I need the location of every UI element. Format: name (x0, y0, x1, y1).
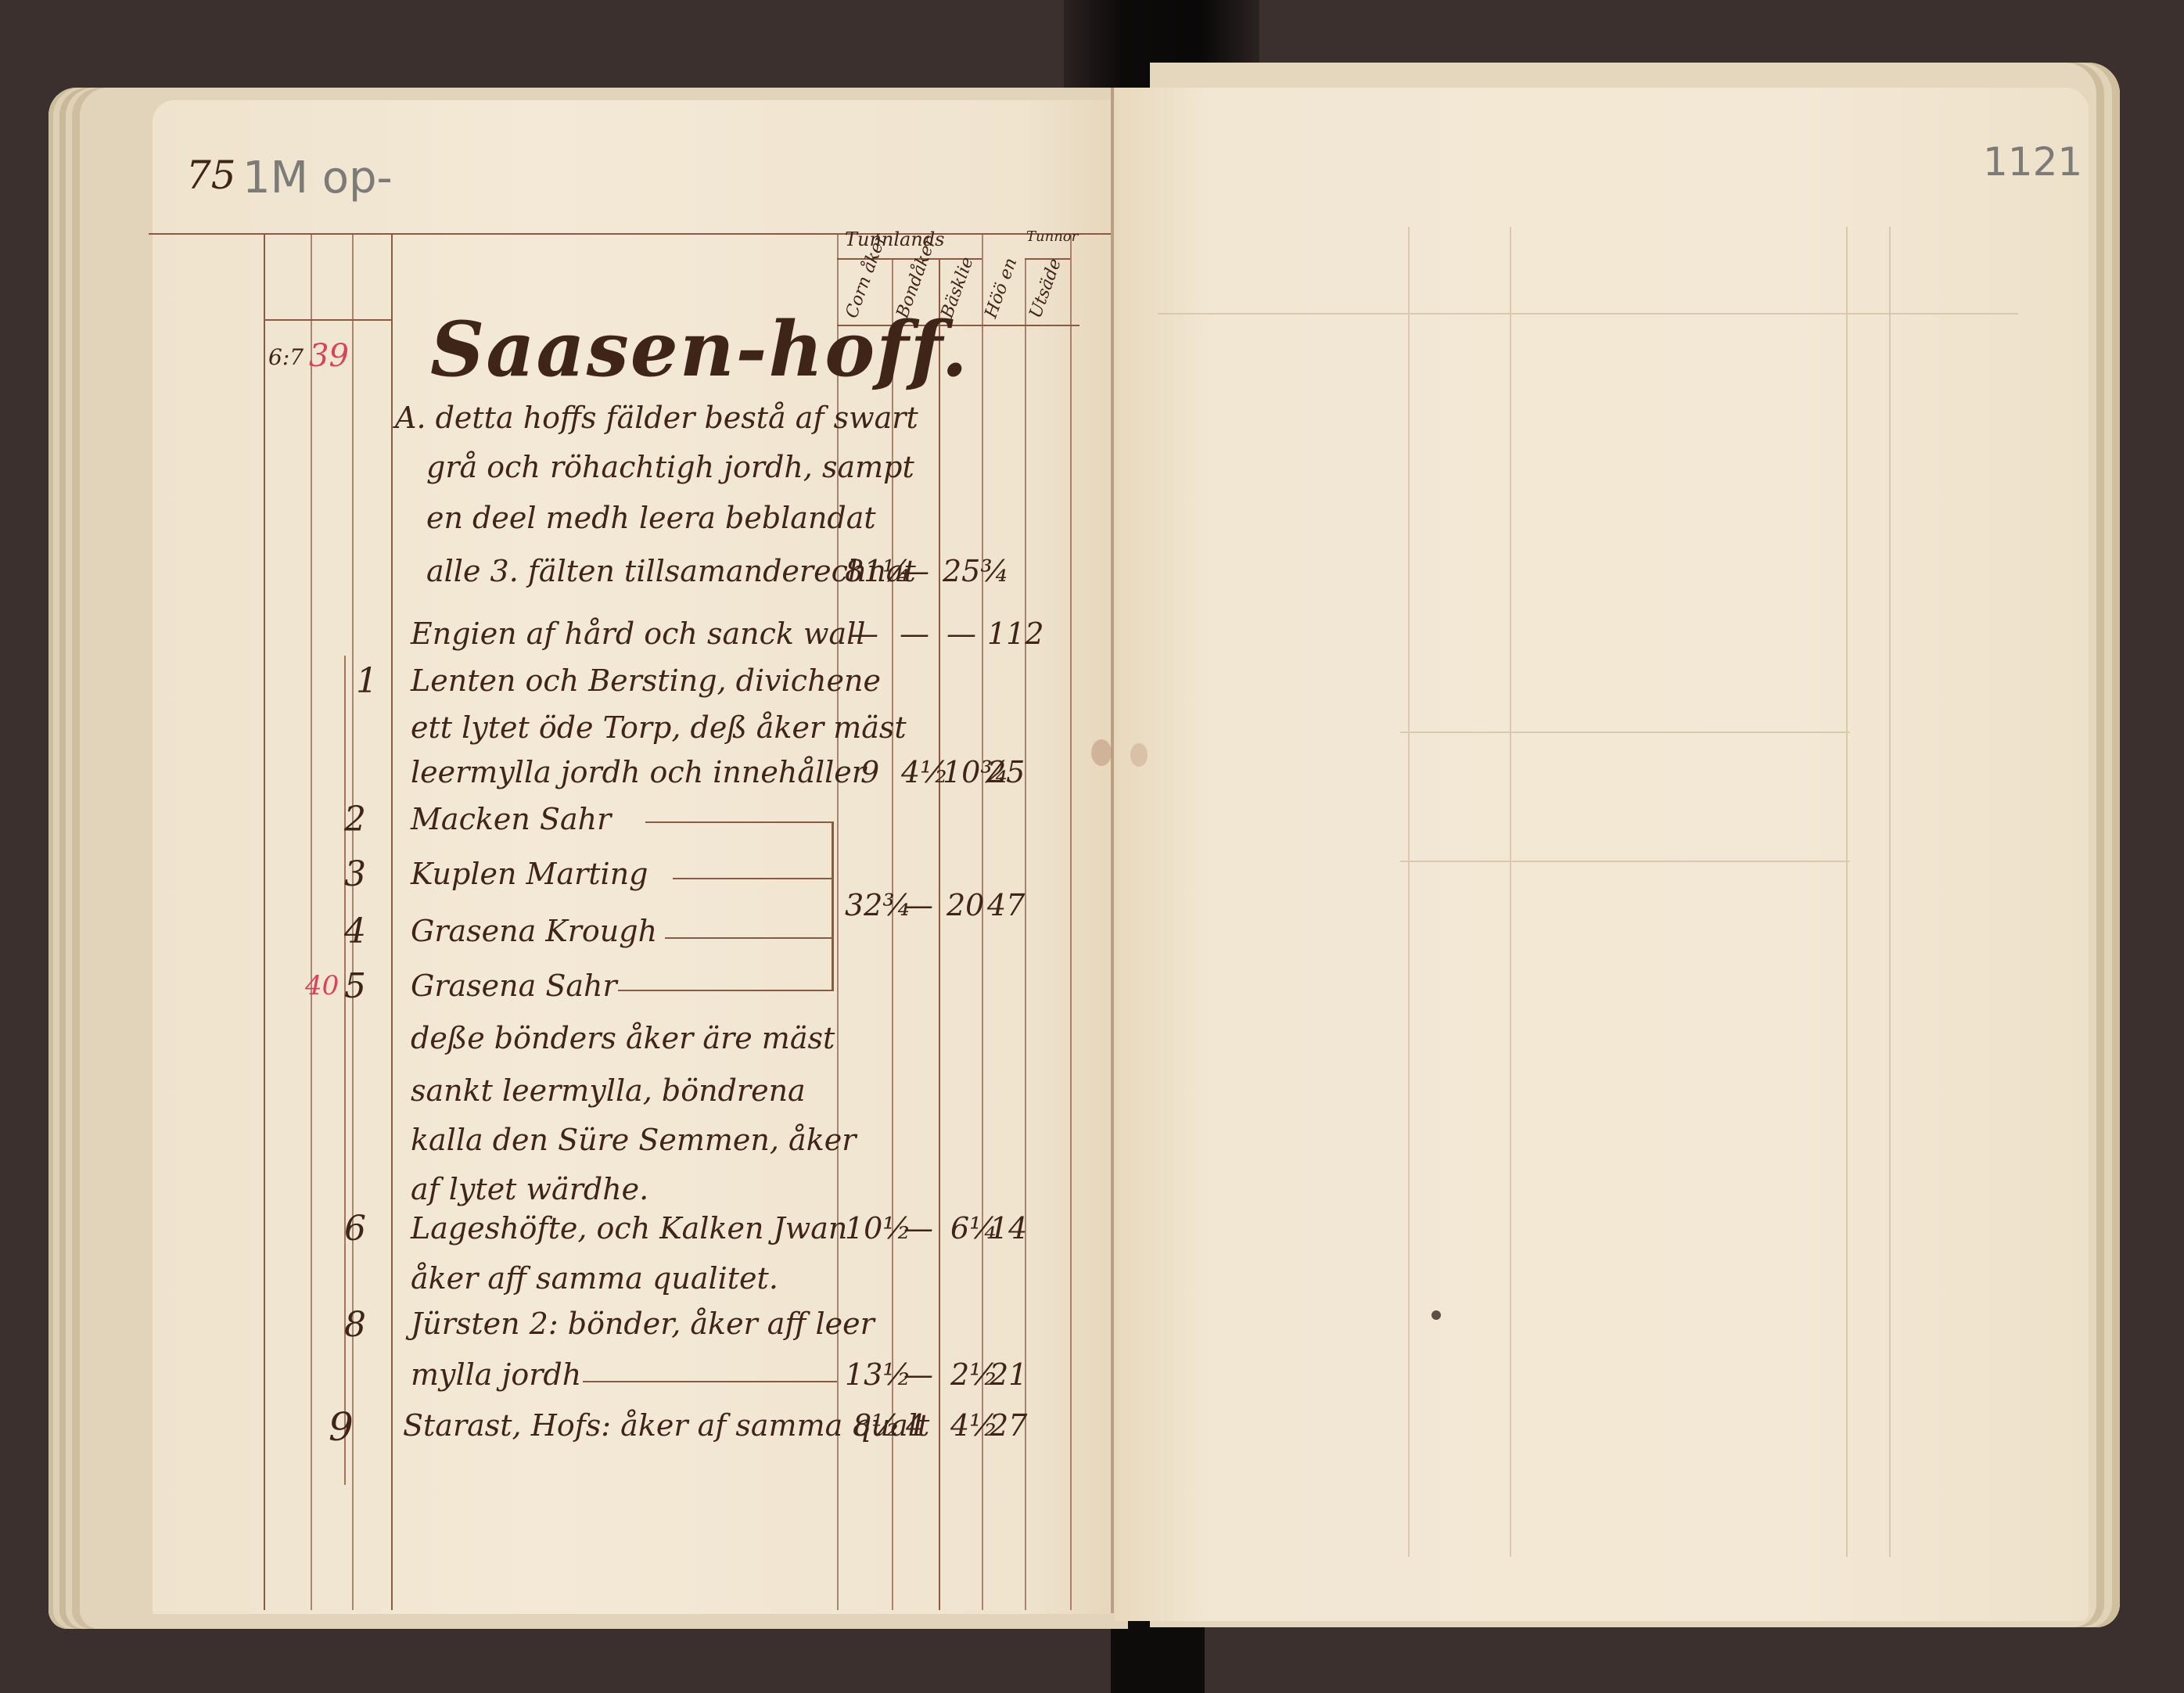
folio-pencil: 1M op- (242, 153, 393, 203)
entry-line: sankt leermylla, böndrena (411, 1073, 806, 1108)
entry-value: 9 (860, 755, 879, 789)
entry-value: — (903, 1357, 933, 1392)
intro-line: alle 3. fälten tillsamanderechnat (426, 554, 916, 588)
ink-dot (1431, 1310, 1441, 1320)
margin-rule-2 (311, 233, 312, 1610)
intro-line: grå och röhachtigh jordh, sampt (426, 450, 914, 484)
entry-line: af lytet wärdhe. (411, 1172, 648, 1206)
entry-line: mylla jordh (411, 1357, 581, 1392)
col-rule-3 (939, 258, 940, 1610)
entry-number: 5 (344, 966, 366, 1006)
entry-value: 13½ (845, 1357, 911, 1392)
entry-line: deße bönders åker äre mäst (411, 1021, 835, 1055)
top-rule (149, 233, 1111, 235)
meadow-value-hoo: 112 (987, 616, 1044, 651)
margin-rule-4 (391, 233, 393, 1610)
book-gutter (1111, 88, 1114, 1613)
meadow-value: — (947, 616, 976, 651)
bleed-rule (1400, 861, 1850, 862)
bleed-rule (1408, 227, 1410, 1557)
entry-leader-line (583, 1381, 837, 1382)
group-value: 20 (947, 888, 984, 922)
group-value-corn: 32¾ (845, 888, 911, 922)
meadow-line: Engien af hård och sanck wall (411, 616, 865, 651)
entry-line: ett lytet öde Torp, deß åker mäst (411, 710, 907, 745)
entry-line: Grasena Krough (411, 914, 657, 948)
entry-line: Lenten och Bersting, divichene (411, 663, 881, 698)
ink-stain (1091, 739, 1112, 766)
meadow-value: — (849, 616, 878, 651)
entry-leader-line (618, 990, 833, 991)
entry-line: Jürsten 2: bönder, åker aff leer (411, 1307, 875, 1341)
margin-ref: 6:7 (268, 344, 304, 370)
entry-leader-line (645, 821, 833, 823)
col-rule-5 (1025, 258, 1026, 1610)
intro-line: A. detta hoffs fälder bestå af swart (395, 401, 918, 435)
right-folio-pencil: 1121 (1983, 139, 2082, 185)
entry-bracket-rule (344, 656, 346, 1485)
entry-line: kalla den Süre Semmen, åker (411, 1123, 856, 1157)
group-value: 47 (987, 888, 1025, 922)
group-value: — (903, 888, 933, 922)
entry-line: Grasena Sahr (411, 969, 617, 1003)
entry-value: 27 (990, 1408, 1027, 1443)
entry-number: 8 (344, 1305, 366, 1345)
entry-line: Macken Sahr (411, 802, 611, 836)
ink-stain (1130, 743, 1148, 767)
right-page (1115, 88, 2089, 1621)
group-bracket (832, 821, 834, 991)
entry-line: Lageshöfte, och Kalken Jwan (411, 1211, 847, 1245)
entry-value: — (903, 1211, 933, 1245)
entry-number: 9 (329, 1404, 354, 1450)
margin-rule-1 (264, 233, 265, 1610)
intro-value-basklie: 25¾ (943, 554, 1009, 588)
intro-line: en deel medh leera beblandat (426, 501, 876, 535)
entry-line: Starast, Hofs: åker af samma qualt (403, 1408, 929, 1443)
entry-number: 2 (344, 800, 366, 839)
bleed-rule (1510, 227, 1511, 1557)
col-rule-6 (1070, 233, 1072, 1610)
bleed-rule (1889, 227, 1891, 1557)
col-rule-1 (837, 233, 839, 1610)
entry-leader-line (673, 878, 833, 879)
entry-value: 4 (906, 1408, 925, 1443)
header-group-tunnor: Tunnor (1026, 228, 1078, 245)
intro-value-bond: — (900, 554, 929, 588)
entry-number: 3 (344, 854, 366, 894)
entry-value: 14 (990, 1211, 1027, 1245)
page-title: Saasen-hoff. (430, 305, 969, 394)
margin-box-rule (264, 319, 393, 321)
entry-number: 6 (344, 1209, 366, 1249)
bleed-rule (1846, 227, 1848, 1557)
entry-line: Kuplen Marting (411, 857, 648, 891)
entry-value: 8½ (853, 1408, 900, 1443)
entry-leader-line (665, 937, 833, 939)
entry-value: 21 (990, 1357, 1027, 1392)
folio-ink: 75 (186, 153, 236, 198)
entry-value: 25 (987, 755, 1025, 789)
margin-red-note: 40 (305, 970, 339, 1001)
entry-number: 4 (344, 911, 366, 951)
entry-line: åker aff samma qualitet. (411, 1261, 778, 1296)
meadow-value: — (900, 616, 929, 651)
bleed-rule (1400, 731, 1850, 733)
bleed-rule (1158, 313, 2018, 315)
margin-ref-red: 39 (309, 338, 349, 374)
entry-value: 10½ (845, 1211, 911, 1245)
entry-number: 1 (356, 661, 378, 701)
entry-value: 4½ (901, 755, 949, 789)
entry-line: leermylla jordh och innehåller (411, 755, 866, 789)
